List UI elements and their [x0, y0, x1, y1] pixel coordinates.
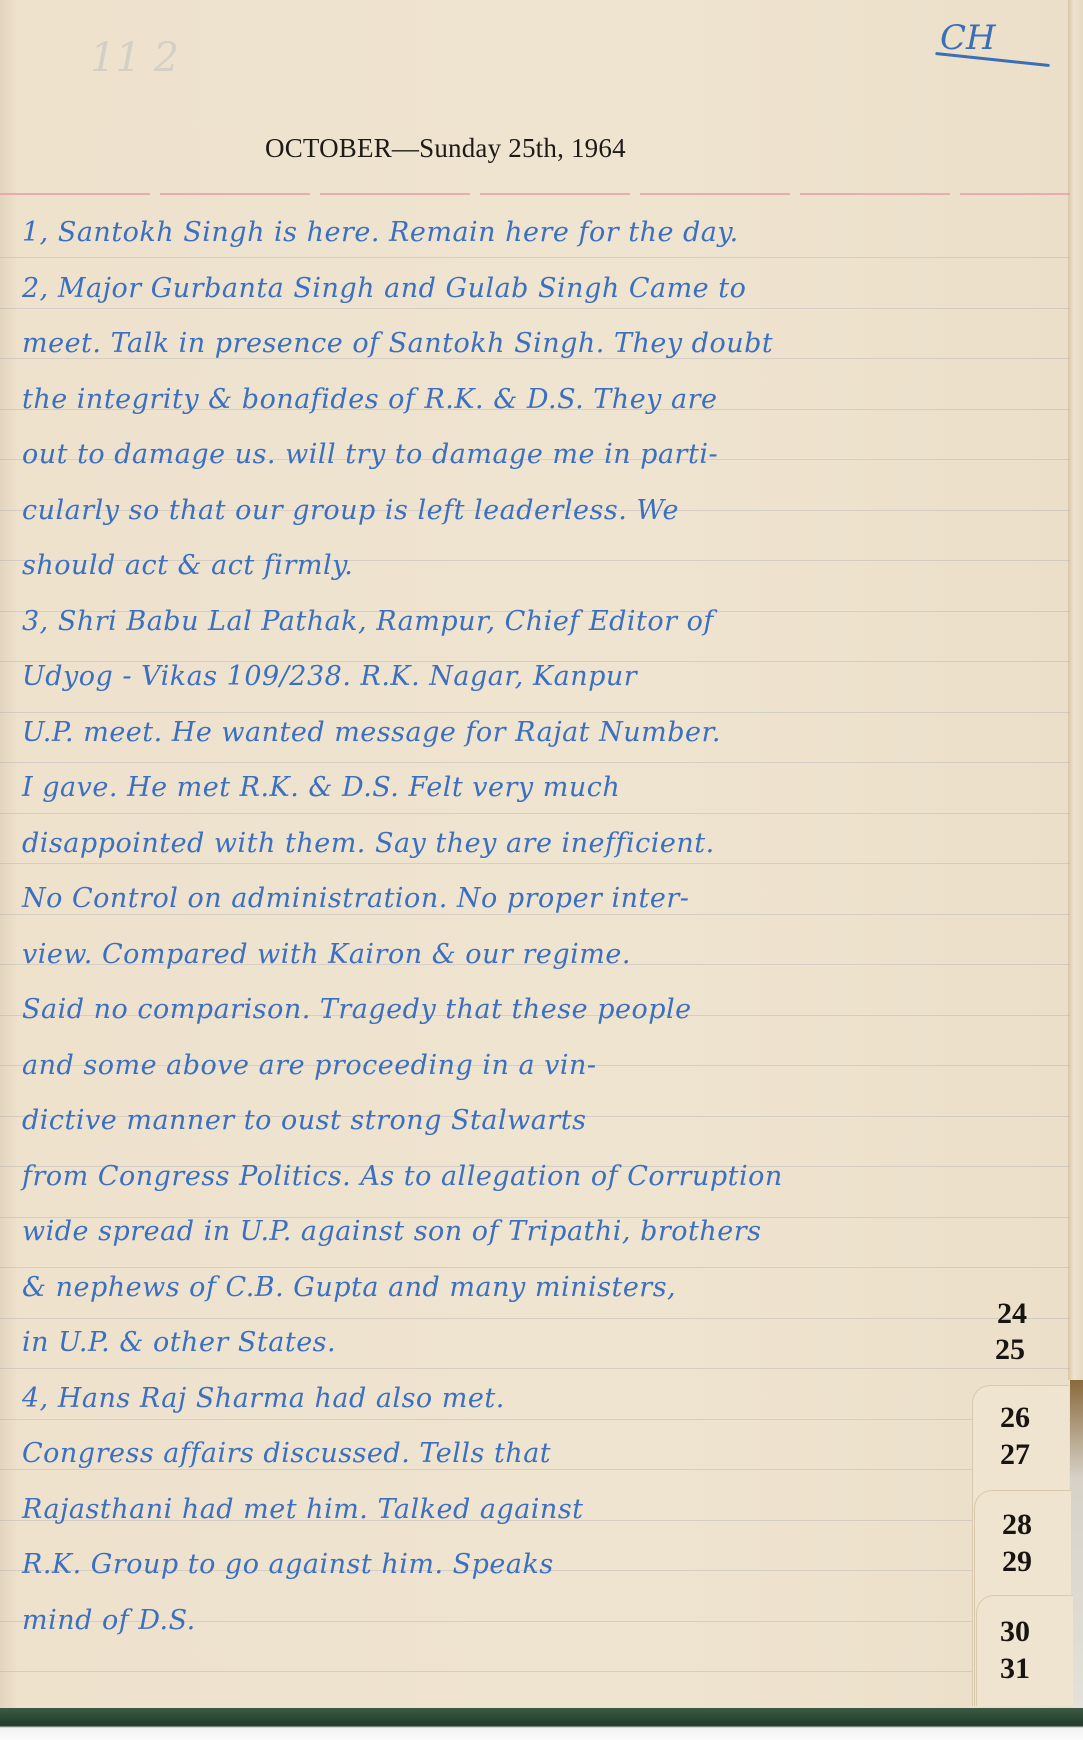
day-tab-26[interactable]: 26: [1000, 1403, 1030, 1433]
entry-line: Rajasthani had met him. Talked against: [22, 1482, 1042, 1538]
ruled-line: [0, 1671, 1070, 1672]
entry-line: cularly so that our group is left leader…: [22, 483, 1042, 539]
entry-line: meet. Talk in presence of Santokh Singh.…: [22, 316, 1042, 372]
corner-initials: CH: [940, 18, 996, 58]
entry-1: 1, Santokh Singh is here. Remain here fo…: [22, 205, 1042, 261]
bleed-through-text: 11 2: [90, 35, 179, 81]
entry-line: the integrity & bonafides of R.K. & D.S.…: [22, 372, 1042, 428]
entry-line: 1, Santokh Singh is here. Remain here fo…: [22, 205, 1042, 261]
entry-line: dictive manner to oust strong Stalwarts: [22, 1093, 1042, 1149]
entry-line: and some above are proceeding in a vin-: [22, 1038, 1042, 1094]
entry-line: in U.P. & other States.: [22, 1315, 1042, 1371]
day-tab-24[interactable]: 24: [997, 1299, 1027, 1329]
entry-line: Said no comparison. Tragedy that these p…: [22, 982, 1042, 1038]
entry-line: should act & act firmly.: [22, 538, 1042, 594]
entry-line: 4, Hans Raj Sharma had also met.: [22, 1371, 1042, 1427]
day-index-tabs: 24 25 26 27 28 29 30 31: [960, 1285, 1070, 1705]
day-tab-30[interactable]: 30: [1000, 1617, 1030, 1647]
entry-line: mind of D.S.: [22, 1593, 1042, 1649]
day-tab-31[interactable]: 31: [1000, 1654, 1030, 1684]
entry-line: 2, Major Gurbanta Singh and Gulab Singh …: [22, 261, 1042, 317]
entry-2: 2, Major Gurbanta Singh and Gulab Singh …: [22, 261, 1042, 594]
entry-line: R.K. Group to go against him. Speaks: [22, 1537, 1042, 1593]
entry-3: 3, Shri Babu Lal Pathak, Rampur, Chief E…: [22, 594, 1042, 1371]
entry-line: view. Compared with Kairon & our regime.: [22, 927, 1042, 983]
entry-line: & nephews of C.B. Gupta and many ministe…: [22, 1260, 1042, 1316]
entry-line: Udyog - Vikas 109/238. R.K. Nagar, Kanpu…: [22, 649, 1042, 705]
entry-line: wide spread in U.P. against son of Tripa…: [22, 1204, 1042, 1260]
entry-line: 3, Shri Babu Lal Pathak, Rampur, Chief E…: [22, 594, 1042, 650]
entry-4: 4, Hans Raj Sharma had also met. Congres…: [22, 1371, 1042, 1649]
day-tab-25[interactable]: 25: [995, 1335, 1025, 1365]
diary-entries: 1, Santokh Singh is here. Remain here fo…: [22, 205, 1042, 1648]
entry-line: from Congress Politics. As to allegation…: [22, 1149, 1042, 1205]
day-tab-29[interactable]: 29: [1002, 1547, 1032, 1577]
day-tab-27[interactable]: 27: [1000, 1440, 1030, 1470]
book-cover-bottom: [0, 1708, 1083, 1740]
page-edge: [1068, 0, 1083, 1380]
entry-line: Congress affairs discussed. Tells that: [22, 1426, 1042, 1482]
entry-line: out to damage us. will try to damage me …: [22, 427, 1042, 483]
page-date-header: OCTOBER—Sunday 25th, 1964: [265, 133, 626, 164]
tab-step-30-31[interactable]: [976, 1595, 1073, 1706]
entry-line: No Control on administration. No proper …: [22, 871, 1042, 927]
header-pink-rule: [0, 193, 1070, 195]
day-tab-28[interactable]: 28: [1002, 1510, 1032, 1540]
entry-line: disappointed with them. Say they are ine…: [22, 816, 1042, 872]
entry-line: I gave. He met R.K. & D.S. Felt very muc…: [22, 760, 1042, 816]
entry-line: U.P. meet. He wanted message for Rajat N…: [22, 705, 1042, 761]
